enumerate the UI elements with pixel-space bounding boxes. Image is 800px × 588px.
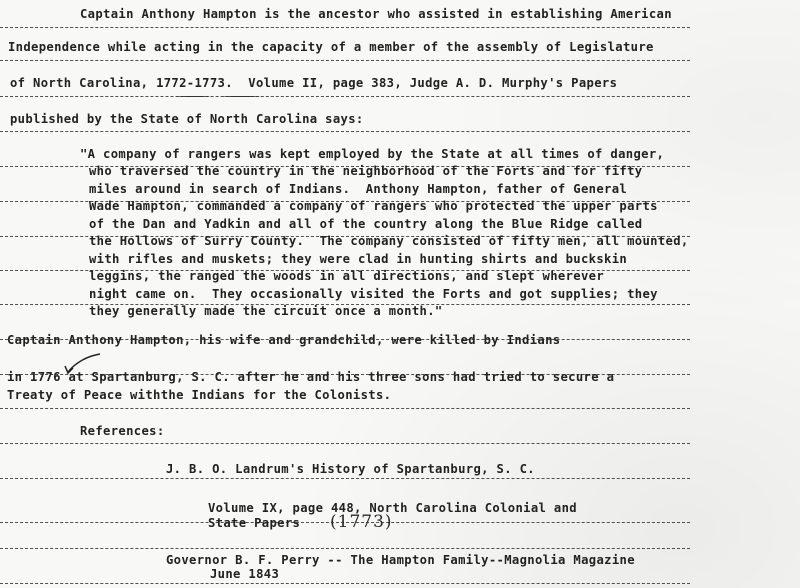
quote-line: "A company of rangers was kept employed … bbox=[80, 147, 664, 161]
reference-item: State Papers bbox=[208, 516, 300, 530]
quote-line: Wade Hampton, commanded a company of ran… bbox=[89, 199, 658, 213]
line3-suffix: Volume II, page 383, Judge A. D. Murphy'… bbox=[233, 76, 617, 90]
quote-line: of the Dan and Yadkin and all of the cou… bbox=[89, 217, 643, 231]
ruled-line bbox=[0, 27, 690, 28]
paragraph1-line2: Independence while acting in the capacit… bbox=[8, 40, 654, 54]
handwritten-underline bbox=[222, 96, 260, 97]
paragraph2-line1: Captain Anthony Hampton, his wife and gr… bbox=[7, 333, 561, 347]
paragraph2-line3: Treaty of Peace withthe Indians for the … bbox=[7, 388, 391, 402]
quote-line: leggins, the ranged the woods in all dir… bbox=[89, 269, 604, 283]
ruled-line bbox=[0, 96, 690, 97]
handwritten-arrow-icon bbox=[60, 350, 105, 380]
reference-item: J. B. O. Landrum's History of Spartanbur… bbox=[166, 462, 535, 476]
ruled-line bbox=[0, 443, 690, 444]
paragraph1-line1: Captain Anthony Hampton is the ancestor … bbox=[80, 7, 672, 21]
quote-line: the Hollows of Surry County. The company… bbox=[89, 234, 689, 248]
document-page: Captain Anthony Hampton is the ancestor … bbox=[0, 0, 800, 588]
ruled-line bbox=[0, 583, 690, 584]
reference-item: Governor B. F. Perry -- The Hampton Fami… bbox=[166, 553, 635, 567]
quote-line: who traversed the country in the neighbo… bbox=[89, 164, 643, 178]
ruled-line bbox=[0, 478, 690, 479]
quote-line: they generally made the circuit once a m… bbox=[89, 304, 443, 318]
quote-line: with rifles and muskets; they were clad … bbox=[89, 252, 627, 266]
line3-prefix: of North Carolina, bbox=[10, 76, 156, 90]
paragraph1-line3: of North Carolina, 1772-1773. Volume II,… bbox=[10, 76, 617, 90]
handwritten-note: (1773) bbox=[330, 512, 393, 532]
ruled-line bbox=[0, 60, 690, 61]
quote-line: night came on. They occasionally visited… bbox=[89, 287, 658, 301]
years-underlined: 1772-1773. bbox=[156, 76, 233, 90]
reference-item: June 1843 bbox=[210, 567, 279, 581]
quote-line: miles around in search of Indians. Antho… bbox=[89, 182, 627, 196]
handwritten-underline bbox=[176, 96, 210, 97]
ruled-line bbox=[0, 131, 690, 132]
paragraph1-line4: published by the State of North Carolina… bbox=[10, 112, 364, 126]
references-heading: References: bbox=[80, 424, 165, 438]
ruled-line bbox=[0, 548, 690, 549]
ruled-line bbox=[0, 408, 690, 409]
